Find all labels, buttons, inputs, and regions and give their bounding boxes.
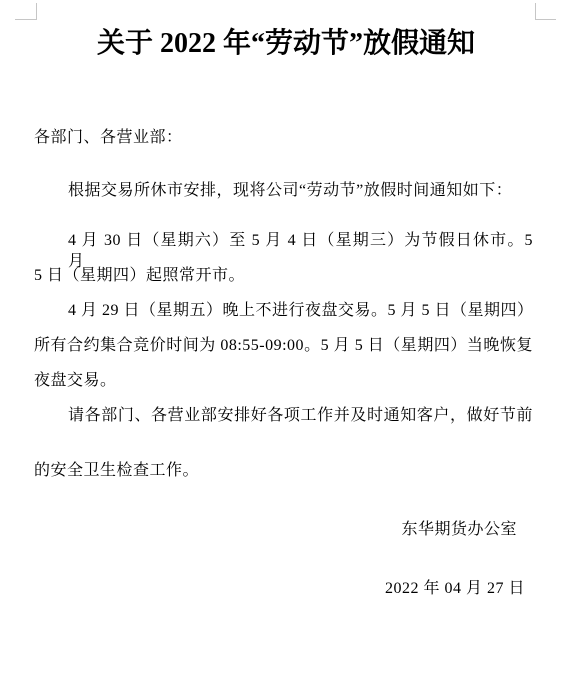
date-line: 2022 年 04 月 27 日 — [385, 578, 525, 599]
body-line: 的安全卫生检查工作。 — [34, 460, 199, 481]
body-line: 5 日（星期四）起照常开市。 — [34, 265, 245, 286]
body-line: 所有合约集合竞价时间为 08:55-09:00。5 月 5 日（星期四）当晚恢复 — [34, 335, 533, 356]
margin-corner-mark-top-right-horizontal — [535, 19, 556, 20]
body-line: 根据交易所休市安排，现将公司“劳动节”放假时间通知如下： — [68, 180, 512, 201]
body-line: 4 月 29 日（星期五）晚上不进行夜盘交易。5 月 5 日（星期四） — [68, 300, 533, 321]
margin-corner-mark-top-right-vertical — [535, 3, 536, 20]
margin-corner-mark-top-left-vertical — [36, 3, 37, 20]
signature-line: 东华期货办公室 — [401, 519, 517, 540]
body-line: 夜盘交易。 — [34, 370, 117, 391]
document-page: 关于 2022 年“劳动节”放假通知 各部门、各营业部： 根据交易所休市安排，现… — [0, 0, 572, 676]
margin-corner-mark-top-left-horizontal — [15, 19, 37, 20]
salutation-line: 各部门、各营业部： — [34, 127, 183, 148]
body-line: 请各部门、各营业部安排好各项工作并及时通知客户，做好节前 — [68, 405, 533, 426]
document-title: 关于 2022 年“劳动节”放假通知 — [0, 26, 572, 62]
